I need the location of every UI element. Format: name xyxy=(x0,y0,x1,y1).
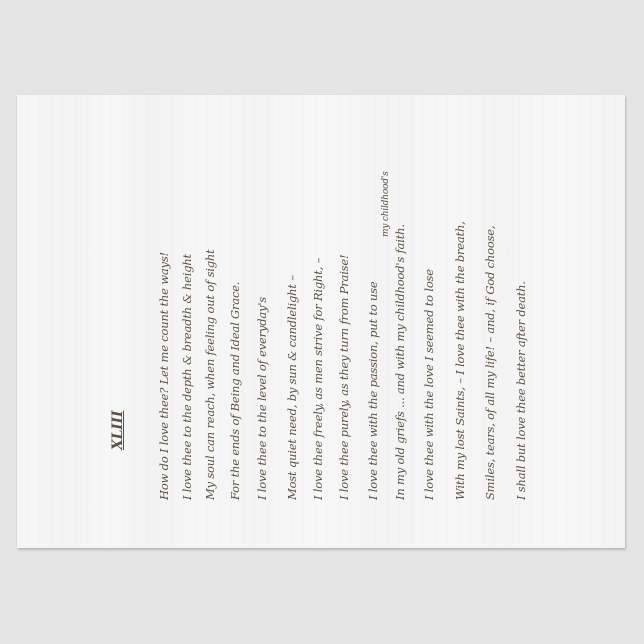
manuscript-line-7: I love thee freely, as men strive for Ri… xyxy=(311,258,325,500)
manuscript-line-9: I love thee with the passion, put to use xyxy=(366,282,380,500)
manuscript-line-13: Smiles, tears, of all my life! – and, if… xyxy=(483,226,497,500)
manuscript-line-14: I shall but love thee better after death… xyxy=(514,281,528,500)
manuscript-line-2: I love thee to the depth & breadth & hei… xyxy=(180,254,194,500)
manuscript-line-5: I love thee to the level of everyday's xyxy=(255,297,269,500)
interlinear-insertion: my childhood's xyxy=(381,171,391,237)
manuscript-line-11: I love thee with the love I seemed to lo… xyxy=(422,269,436,500)
manuscript-line-10: In my old griefs ... and with my childho… xyxy=(393,224,407,500)
manuscript-line-1: How do I love thee? Let me count the way… xyxy=(157,252,171,500)
manuscript-page: XLIII How do I love thee? Let me count t… xyxy=(17,95,625,548)
manuscript-line-3: My soul can reach, when feeling out of s… xyxy=(203,249,217,500)
manuscript-line-6: Most quiet need, by sun & candlelight – xyxy=(285,275,299,500)
manuscript-line-8: I love thee purely, as they turn from Pr… xyxy=(337,255,351,500)
sonnet-number: XLIII xyxy=(110,411,126,450)
canvas: XLIII How do I love thee? Let me count t… xyxy=(0,0,644,644)
manuscript-line-12: With my lost Saints, – I love thee with … xyxy=(453,221,467,500)
manuscript-line-4: For the ends of Being and Ideal Grace. xyxy=(228,282,242,500)
